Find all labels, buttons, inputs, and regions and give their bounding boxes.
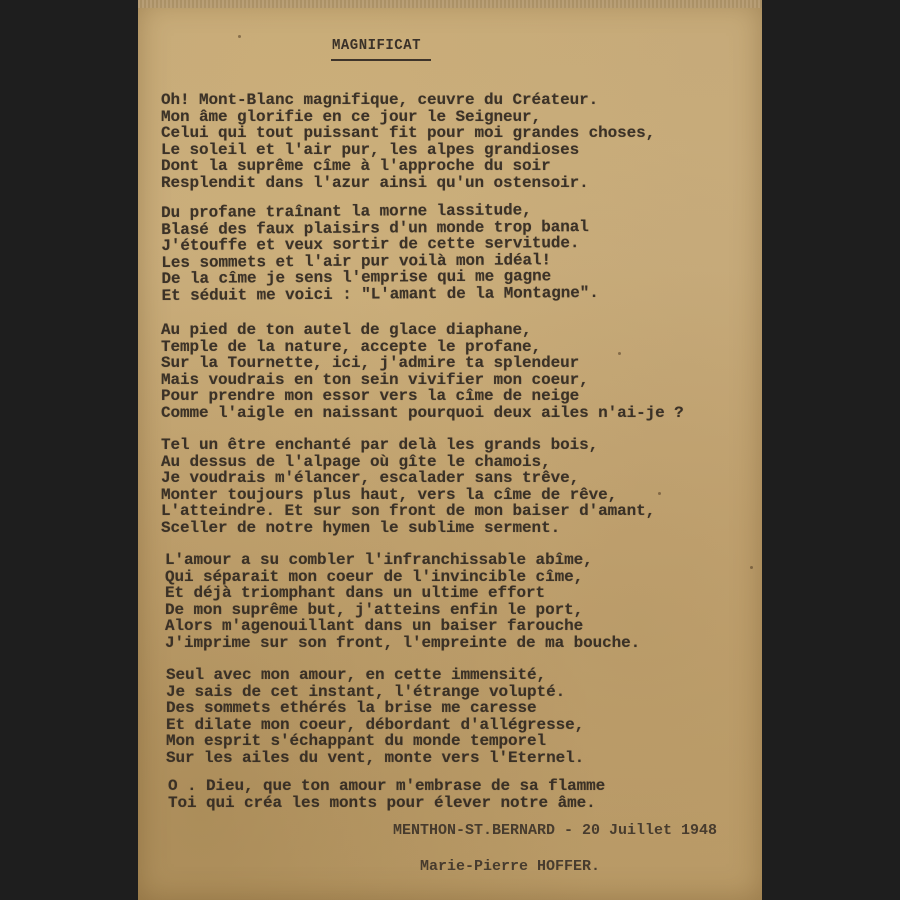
- title-underline: [331, 59, 431, 61]
- verse-line: J'imprime sur son front, l'empreinte de …: [165, 635, 640, 652]
- verse-line: Alors m'agenouillant dans un baiser faro…: [165, 618, 640, 635]
- verse-line: Toi qui créa les monts pour élever notre…: [168, 795, 605, 812]
- verse-line: Oh! Mont-Blanc magnifique, ceuvre du Cré…: [161, 92, 655, 109]
- verse-line: Sur les ailes du vent, monte vers l'Eter…: [166, 750, 584, 767]
- verse-line: Tel un être enchanté par delà les grands…: [161, 437, 655, 454]
- verse-line: L'atteindre. Et sur son front de mon bai…: [161, 503, 655, 520]
- verse-line: Pour prendre mon essor vers la cîme de n…: [161, 388, 684, 405]
- stanza-7: O . Dieu, que ton amour m'embrase de sa …: [168, 778, 605, 811]
- verse-line: Monter toujours plus haut, vers la cîme …: [161, 487, 655, 504]
- verse-line: Temple de la nature, accepte le profane,: [161, 339, 684, 356]
- stanza-2: Du profane traînant la morne lassitude, …: [161, 202, 599, 305]
- stanza-5: L'amour a su combler l'infranchissable a…: [165, 552, 640, 652]
- verse-line: Je sais de cet instant, l'étrange volupt…: [166, 684, 584, 701]
- ink-speck: [238, 35, 241, 38]
- verse-line: O . Dieu, que ton amour m'embrase de sa …: [168, 778, 605, 795]
- paper-top-edge: [138, 0, 762, 8]
- poem-title: MAGNIFICAT: [332, 38, 421, 55]
- place-and-date: MENTHON-ST.BERNARD - 20 Juillet 1948: [393, 822, 717, 839]
- verse-line: Sceller de notre hymen le sublime sermen…: [161, 520, 655, 537]
- stanza-1: Oh! Mont-Blanc magnifique, ceuvre du Cré…: [161, 92, 655, 192]
- author-signature: Marie-Pierre HOFFER.: [420, 858, 600, 875]
- verse-line: Le soleil et l'air pur, les alpes grandi…: [161, 142, 655, 159]
- verse-line: Des sommets ethérés la brise me caresse: [166, 700, 584, 717]
- verse-line: L'amour a su combler l'infranchissable a…: [165, 552, 640, 569]
- verse-line: Sur la Tournette, ici, j'admire ta splen…: [161, 355, 684, 372]
- verse-line: Resplendit dans l'azur ainsi qu'un osten…: [161, 175, 655, 192]
- verse-line: Et séduit me voici : "L'amant de la Mont…: [162, 285, 599, 305]
- stanza-4: Tel un être enchanté par delà les grands…: [161, 437, 655, 537]
- verse-line: Mon âme glorifie en ce jour le Seigneur,: [161, 109, 655, 126]
- verse-line: De mon suprême but, j'atteins enfin le p…: [165, 602, 640, 619]
- verse-line: Au pied de ton autel de glace diaphane,: [161, 322, 684, 339]
- stanza-6: Seul avec mon amour, en cette immensité,…: [166, 667, 584, 767]
- verse-line: Celui qui tout puissant fit pour moi gra…: [161, 125, 655, 142]
- verse-line: Je voudrais m'élancer, escalader sans tr…: [161, 470, 655, 487]
- ink-speck: [750, 566, 753, 569]
- stanza-3: Au pied de ton autel de glace diaphane, …: [161, 322, 684, 422]
- verse-line: Mais voudrais en ton sein vivifier mon c…: [161, 372, 684, 389]
- verse-line: Et dilate mon coeur, débordant d'allégre…: [166, 717, 584, 734]
- verse-line: Qui séparait mon coeur de l'invincible c…: [165, 569, 640, 586]
- verse-line: Et déjà triomphant dans un ultime effort: [165, 585, 640, 602]
- verse-line: Mon esprit s'échappant du monde temporel: [166, 733, 584, 750]
- verse-line: Seul avec mon amour, en cette immensité,: [166, 667, 584, 684]
- verse-line: Au dessus de l'alpage où gîte le chamois…: [161, 454, 655, 471]
- verse-line: Comme l'aigle en naissant pourquoi deux …: [161, 405, 684, 422]
- ink-speck: [658, 492, 661, 495]
- verse-line: Dont la suprême cîme à l'approche du soi…: [161, 158, 655, 175]
